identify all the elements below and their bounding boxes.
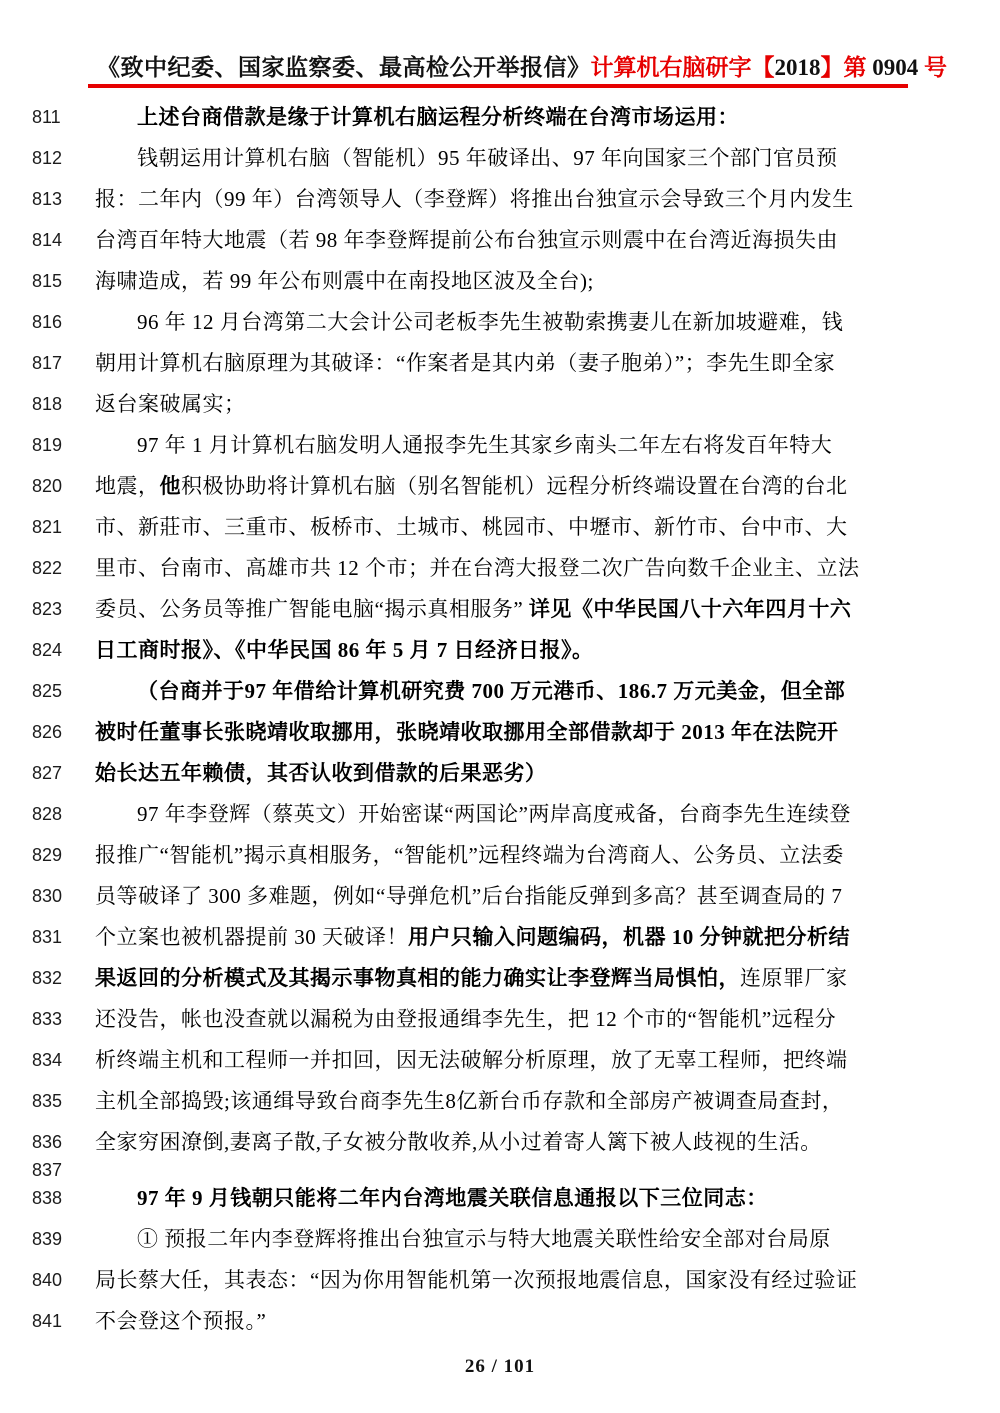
document-line: 815海啸造成，若 99 年公布则震中在南投地区波及全台); [0,261,1000,302]
line-text: 还没告，帐也没查就以漏税为由登报通缉李先生，把 12 个市的“智能机”远程分 [95,999,928,1040]
line-text: 里市、台南市、高雄市共 12 个市；并在台湾大报登二次广告向数千企业主、立法 [95,548,928,589]
document-line: 825（台商并于97 年借给计算机研究费 700 万元港币、186.7 万元美金… [0,671,1000,712]
line-text: 个立案也被机器提前 30 天破译！用户只输入问题编码，机器 10 分钟就把分析结 [95,917,928,958]
line-text: 返台案破属实； [95,384,928,425]
line-text: 员等破译了 300 多难题，例如“导弹危机”后台指能反弹到多高？甚至调查局的 7 [95,876,928,917]
line-number: 826 [32,712,62,753]
line-number: 813 [32,179,62,220]
line-text: 海啸造成，若 99 年公布则震中在南投地区波及全台); [95,261,928,302]
document-number-segment: 计算机右脑研字【 [591,55,775,80]
document-line: 827始长达五年赖债，其否认收到借款的后果恶劣） [0,753,1000,794]
page-number: 26 / 101 [0,1356,1000,1378]
line-text: 97 年李登辉（蔡英文）开始密谋“两国论”两岸高度戒备，台商李先生连续登 [95,794,928,835]
document-line: 821市、新莊市、三重市、板桥市、土城市、桃园市、中壢市、新竹市、台中市、大 [0,507,1000,548]
line-text: ① 预报二年内李登辉将推出台独宣示与特大地震关联性给安全部对台局原 [95,1219,928,1260]
line-number: 835 [32,1081,62,1122]
document-line: 834析终端主机和工程师一并扣回，因无法破解分析原理，放了无辜工程师，把终端 [0,1040,1000,1081]
document-line: 841不会登这个预报。” [0,1301,1000,1342]
line-number: 824 [32,630,62,671]
line-text: 析终端主机和工程师一并扣回，因无法破解分析原理，放了无辜工程师，把终端 [95,1040,928,1081]
line-number: 817 [32,343,62,384]
line-text: 不会登这个预报。” [95,1301,928,1342]
line-text: 上述台商借款是缘于计算机右脑运程分析终端在台湾市场运用： [95,97,928,138]
document-line: 835主机全部捣毁;该通缉导致台商李先生8亿新台币存款和全部房产被调查局查封， [0,1081,1000,1122]
document-line: 826被时任董事长张晓靖收取挪用，张晓靖收取挪用全部借款却于 2013 年在法院… [0,712,1000,753]
line-number: 840 [32,1260,62,1301]
document-line: 81997 年 1 月计算机右脑发明人通报李先生其家乡南头二年左右将发百年特大 [0,425,1000,466]
document-line: 812钱朝运用计算机右脑（智能机）95 年破译出、97 年向国家三个部门官员预 [0,138,1000,179]
document-line: 820地震，他积极协助将计算机右脑（别名智能机）远程分析终端设置在台湾的台北 [0,466,1000,507]
line-text: 被时任董事长张晓靖收取挪用，张晓靖收取挪用全部借款却于 2013 年在法院开 [95,712,928,753]
document-line: 81696 年 12 月台湾第二大会计公司老板李先生被勒索携妻儿在新加坡避难，钱 [0,302,1000,343]
line-text: 果返回的分析模式及其揭示事物真相的能力确实让李登辉当局惧怕，连原罪厂家 [95,958,928,999]
line-number: 815 [32,261,62,302]
document-line: 813报：二年内（99 年）台湾领导人（李登辉）将推出台独宣示会导致三个月内发生 [0,179,1000,220]
line-number: 823 [32,589,62,630]
line-text: 日工商时报》、《中华民国 86 年 5 月 7 日经济日报》。 [95,630,928,671]
document-line: 824日工商时报》、《中华民国 86 年 5 月 7 日经济日报》。 [0,630,1000,671]
line-number: 829 [32,835,62,876]
document-line: 814台湾百年特大地震（若 98 年李登辉提前公布台独宣示则震中在台湾近海损失由 [0,220,1000,261]
document-line: 811上述台商借款是缘于计算机右脑运程分析终端在台湾市场运用： [0,97,1000,138]
document-number: 计算机右脑研字【2018】第 0904 号 [591,49,948,82]
line-text: 报：二年内（99 年）台湾领导人（李登辉）将推出台独宣示会导致三个月内发生 [95,179,928,220]
document-line: 832果返回的分析模式及其揭示事物真相的能力确实让李登辉当局惧怕，连原罪厂家 [0,958,1000,999]
line-number: 812 [32,138,62,179]
line-text: 朝用计算机右脑原理为其破译：“作案者是其内弟（妻子胞弟）”；李先生即全家 [95,343,928,384]
body-lines: 811上述台商借款是缘于计算机右脑运程分析终端在台湾市场运用：812钱朝运用计算… [0,97,1000,1342]
line-number: 830 [32,876,62,917]
document-line: 839① 预报二年内李登辉将推出台独宣示与特大地震关联性给安全部对台局原 [0,1219,1000,1260]
document-line: 822里市、台南市、高雄市共 12 个市；并在台湾大报登二次广告向数千企业主、立… [0,548,1000,589]
document-line: 817朝用计算机右脑原理为其破译：“作案者是其内弟（妻子胞弟）”；李先生即全家 [0,343,1000,384]
document-number-segment: 】第 [821,55,873,80]
line-text: 报推广“智能机”揭示真相服务，“智能机”远程终端为台湾商人、公务员、立法委 [95,835,928,876]
line-number: 839 [32,1219,62,1260]
document-number-segment: 号 [918,55,947,80]
line-text: 96 年 12 月台湾第二大会计公司老板李先生被勒索携妻儿在新加坡避难，钱 [95,302,928,343]
line-number: 816 [32,302,62,343]
line-text: 台湾百年特大地震（若 98 年李登辉提前公布台独宣示则震中在台湾近海损失由 [95,220,928,261]
line-number: 831 [32,917,62,958]
line-number: 832 [32,958,62,999]
line-number: 836 [32,1122,62,1163]
line-text: 局长蔡大任，其表态：“因为你用智能机第一次预报地震信息，国家没有经过验证 [95,1260,928,1301]
line-number: 822 [32,548,62,589]
line-text: （台商并于97 年借给计算机研究费 700 万元港币、186.7 万元美金，但全… [95,671,928,712]
document-line: 829报推广“智能机”揭示真相服务，“智能机”远程终端为台湾商人、公务员、立法委 [0,835,1000,876]
document-line: 818返台案破属实； [0,384,1000,425]
line-text: 地震，他积极协助将计算机右脑（别名智能机）远程分析终端设置在台湾的台北 [95,466,928,507]
report-letter-title: 《致中纪委、国家监察委、最高检公开举报信》 [97,49,591,82]
line-number: 834 [32,1040,62,1081]
line-number: 821 [32,507,62,548]
line-number: 819 [32,425,62,466]
line-text: 钱朝运用计算机右脑（智能机）95 年破译出、97 年向国家三个部门官员预 [95,138,928,179]
line-number: 841 [32,1301,62,1342]
line-text: 市、新莊市、三重市、板桥市、土城市、桃园市、中壢市、新竹市、台中市、大 [95,507,928,548]
header-rule [88,84,908,88]
line-number: 837 [32,1163,62,1178]
line-number: 825 [32,671,62,712]
line-number: 828 [32,794,62,835]
document-line: 837 [0,1163,1000,1178]
document-page: 《致中纪委、国家监察委、最高检公开举报信》 计算机右脑研字【2018】第 090… [0,0,1000,1413]
line-number: 811 [32,97,61,138]
line-number: 820 [32,466,62,507]
document-number-segment: 2018 [775,55,821,80]
line-number: 833 [32,999,62,1040]
line-text: 始长达五年赖债，其否认收到借款的后果恶劣） [95,753,928,794]
line-number: 838 [32,1178,62,1219]
line-number: 827 [32,753,62,794]
document-line: 830员等破译了 300 多难题，例如“导弹危机”后台指能反弹到多高？甚至调查局… [0,876,1000,917]
document-line: 840局长蔡大任，其表态：“因为你用智能机第一次预报地震信息，国家没有经过验证 [0,1260,1000,1301]
line-text: 委员、公务员等推广智能电脑“揭示真相服务” 详见《中华民国八十六年四月十六 [95,589,928,630]
line-text: 97 年 9 月钱朝只能将二年内台湾地震关联信息通报以下三位同志： [95,1178,928,1219]
line-text: 全家穷困潦倒,妻离子散,子女被分散收养,从小过着寄人篱下被人歧视的生活。 [95,1122,928,1163]
line-text: 97 年 1 月计算机右脑发明人通报李先生其家乡南头二年左右将发百年特大 [95,425,928,466]
page-header: 《致中纪委、国家监察委、最高检公开举报信》 计算机右脑研字【2018】第 090… [97,50,912,82]
document-line: 833还没告，帐也没查就以漏税为由登报通缉李先生，把 12 个市的“智能机”远程… [0,999,1000,1040]
document-line: 82897 年李登辉（蔡英文）开始密谋“两国论”两岸高度戒备，台商李先生连续登 [0,794,1000,835]
line-text: 主机全部捣毁;该通缉导致台商李先生8亿新台币存款和全部房产被调查局查封， [95,1081,928,1122]
document-line: 83897 年 9 月钱朝只能将二年内台湾地震关联信息通报以下三位同志： [0,1178,1000,1219]
line-number: 818 [32,384,62,425]
document-line: 831个立案也被机器提前 30 天破译！用户只输入问题编码，机器 10 分钟就把… [0,917,1000,958]
document-number-segment: 0904 [872,55,918,80]
line-number: 814 [32,220,62,261]
document-line: 836全家穷困潦倒,妻离子散,子女被分散收养,从小过着寄人篱下被人歧视的生活。 [0,1122,1000,1163]
document-line: 823委员、公务员等推广智能电脑“揭示真相服务” 详见《中华民国八十六年四月十六 [0,589,1000,630]
